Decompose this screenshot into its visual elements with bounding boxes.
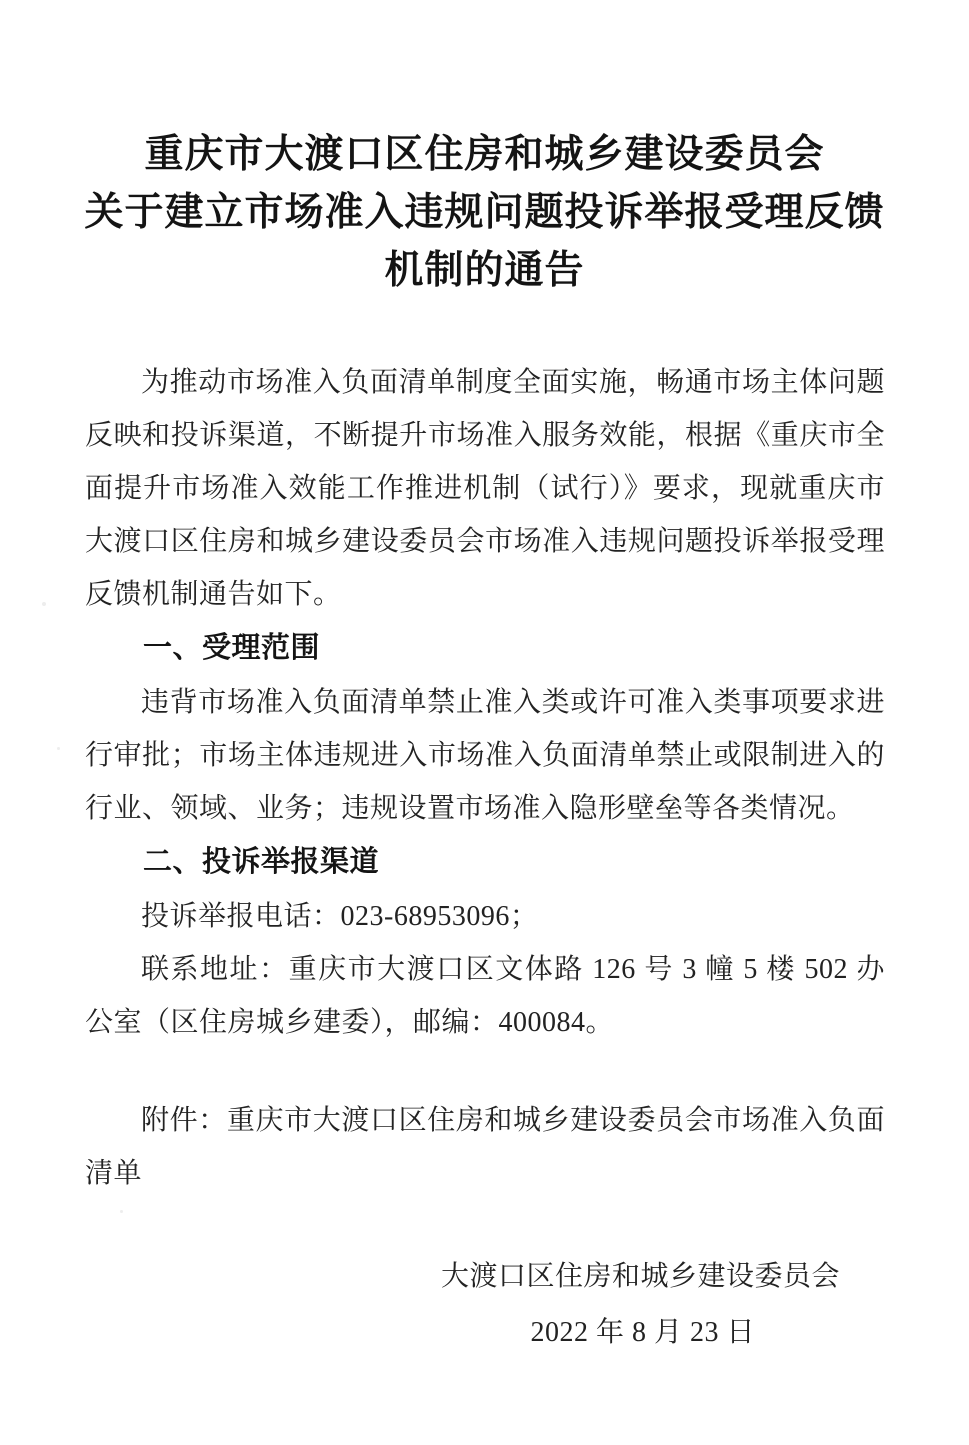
title-line-2: 关于建立市场准入违规问题投诉举报受理反馈 [0, 184, 969, 242]
title-line-1: 重庆市大渡口区住房和城乡建设委员会 [0, 126, 969, 184]
scan-speck [120, 1210, 123, 1213]
section-1-paragraph: 违背市场准入负面清单禁止准入类或许可准入类事项要求进行审批；市场主体违规进入市场… [85, 676, 885, 835]
notice-page: 重庆市大渡口区住房和城乡建设委员会 关于建立市场准入违规问题投诉举报受理反馈 机… [0, 0, 969, 1445]
document-body: 为推动市场准入负面清单制度全面实施，畅通市场主体问题反映和投诉渠道，不断提升市场… [85, 356, 885, 1363]
issue-date: 2022 年 8 月 23 日 [85, 1303, 755, 1363]
section-1-heading: 一、受理范围 [85, 621, 885, 676]
section-2-heading: 二、投诉举报渠道 [85, 835, 885, 890]
complaint-phone-line: 投诉举报电话：023-68953096； [85, 890, 885, 943]
scan-speck [57, 747, 60, 750]
scan-speck [176, 482, 179, 485]
document-title: 重庆市大渡口区住房和城乡建设委员会 关于建立市场准入违规问题投诉举报受理反馈 机… [0, 0, 969, 300]
title-line-3: 机制的通告 [0, 242, 969, 300]
issuing-authority: 大渡口区住房和城乡建设委员会 [85, 1250, 840, 1303]
contact-address-line: 联系地址：重庆市大渡口区文体路 126 号 3 幢 5 楼 502 办公室（区住… [85, 943, 885, 1049]
intro-paragraph: 为推动市场准入负面清单制度全面实施，畅通市场主体问题反映和投诉渠道，不断提升市场… [85, 356, 885, 621]
signature-block: 大渡口区住房和城乡建设委员会 2022 年 8 月 23 日 [85, 1250, 885, 1363]
attachment-line: 附件：重庆市大渡口区住房和城乡建设委员会市场准入负面清单 [85, 1094, 885, 1200]
scan-speck [42, 602, 46, 606]
